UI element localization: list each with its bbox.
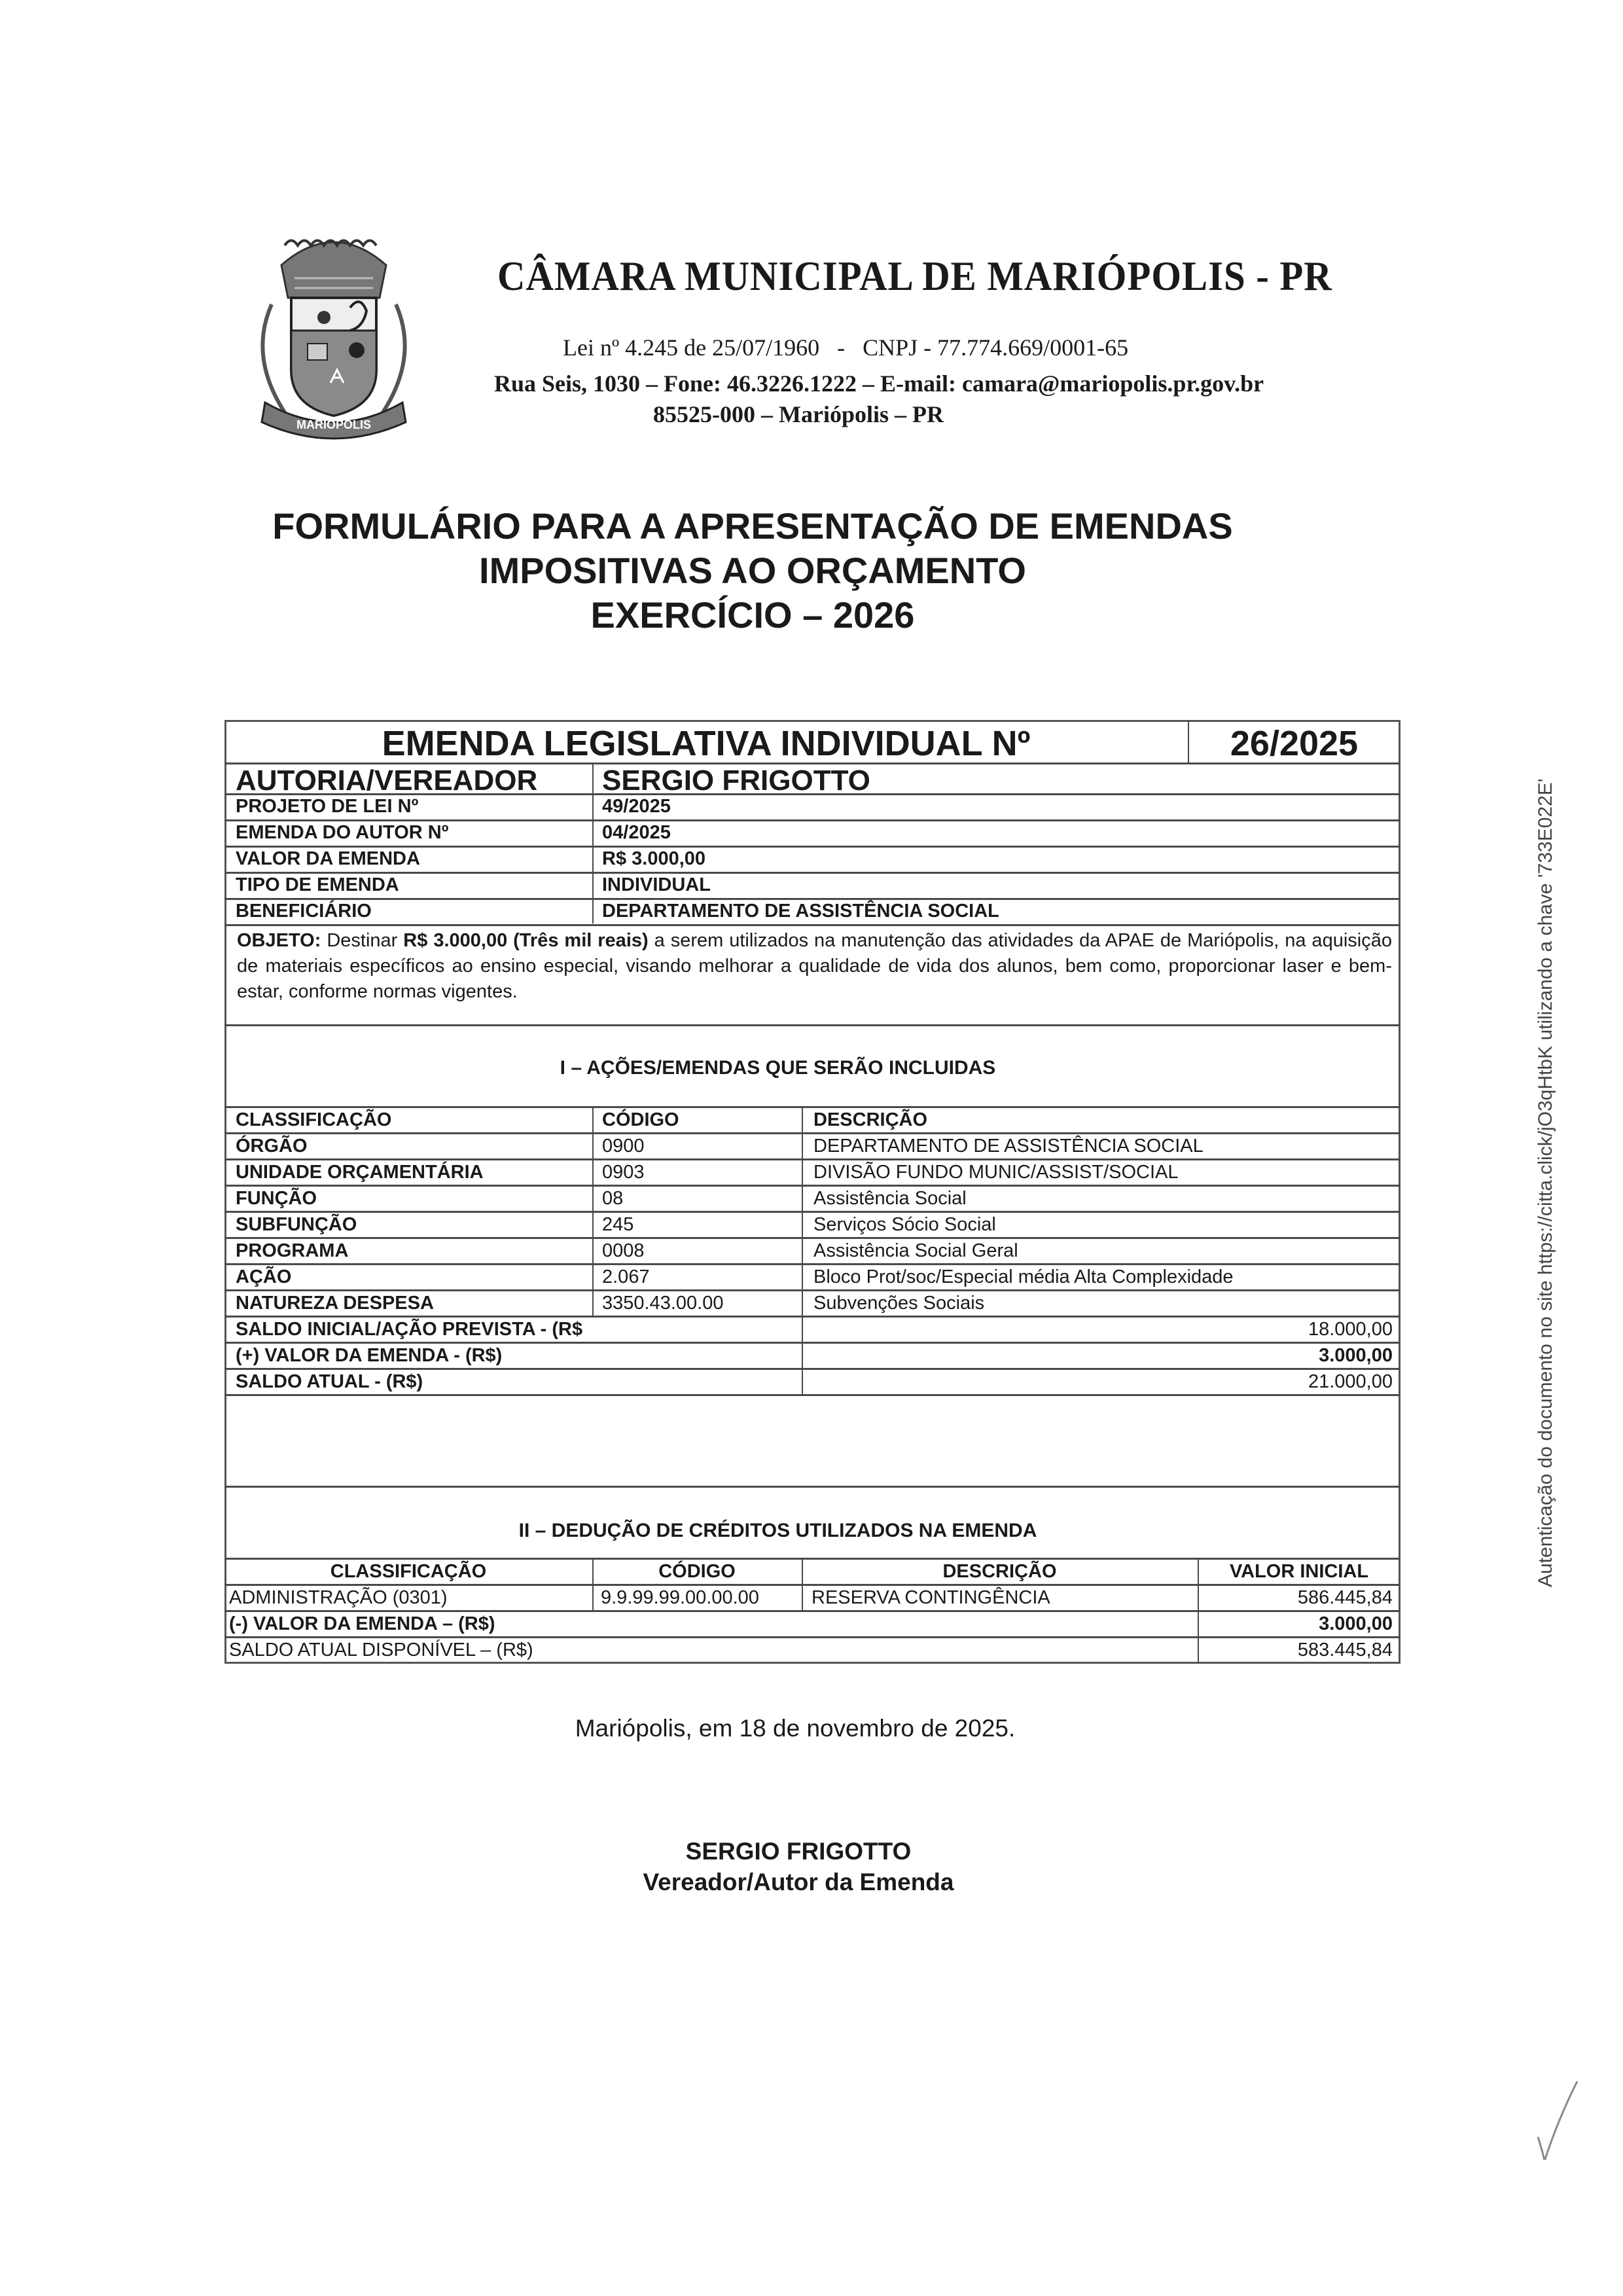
divider	[224, 819, 1400, 821]
table-cell-classificacao: UNIDADE ORÇAMENTÁRIA	[236, 1162, 484, 1183]
table-cell-classificacao: ÓRGÃO	[236, 1136, 308, 1157]
column-header: VALOR INICIAL	[1198, 1561, 1400, 1583]
total-value: 3.000,00	[1198, 1613, 1393, 1635]
table-cell-descricao: DEPARTAMENTO DE ASSISTÊNCIA SOCIAL	[813, 1136, 1204, 1157]
divider	[224, 924, 1400, 926]
total-label: (+) VALOR DA EMENDA - (R$)	[236, 1345, 502, 1367]
divider	[802, 1107, 803, 1395]
field-value: R$ 3.000,00	[602, 848, 705, 870]
divider	[224, 1132, 1400, 1134]
divider	[224, 1558, 1400, 1560]
form-title-line-1: FORMULÁRIO PARA A APRESENTAÇÃO DE EMENDA…	[0, 504, 1564, 548]
author-value: SERGIO FRIGOTTO	[602, 764, 870, 797]
total-value: 18.000,00	[811, 1319, 1393, 1340]
date-line: Mariópolis, em 18 de novembro de 2025.	[0, 1715, 1607, 1742]
field-label: BENEFICIÁRIO	[236, 901, 372, 922]
field-label: VALOR DA EMENDA	[236, 848, 420, 870]
divider	[224, 1316, 1400, 1318]
divider	[592, 1107, 594, 1316]
column-header: CÓDIGO	[592, 1561, 802, 1583]
table-cell-codigo: 0903	[602, 1162, 645, 1183]
divider	[224, 1158, 1400, 1160]
objeto-description: OBJETO: Destinar R$ 3.000,00 (Três mil r…	[237, 928, 1392, 1005]
cep-line: 85525-000 – Mariópolis – PR	[0, 401, 1610, 428]
table-cell-codigo: 9.9.99.99.00.00.00	[601, 1587, 759, 1609]
objeto-label: OBJETO:	[237, 930, 321, 951]
table-cell-descricao: DIVISÃO FUNDO MUNIC/ASSIST/SOCIAL	[813, 1162, 1179, 1183]
column-header: CÓDIGO	[602, 1109, 679, 1131]
divider	[224, 1237, 1400, 1239]
objeto-pre: Destinar	[327, 930, 397, 951]
field-value: 49/2025	[602, 796, 671, 817]
signer-name: SERGIO FRIGOTTO	[0, 1838, 1610, 1865]
divider	[802, 1558, 803, 1611]
objeto-amount: R$ 3.000,00 (Três mil reais)	[403, 930, 648, 951]
table-cell-classificacao: NATUREZA DESPESA	[236, 1293, 434, 1314]
divider	[224, 1368, 1400, 1370]
amendment-number: 26/2025	[1188, 723, 1400, 764]
table-cell-codigo: 2.067	[602, 1266, 650, 1288]
divider	[592, 1558, 594, 1611]
institution-name: CÂMARA MUNICIPAL DE MARIÓPOLIS - PR	[497, 252, 1332, 300]
divider	[224, 846, 1400, 848]
divider	[224, 1024, 1400, 1026]
total-label: SALDO INICIAL/AÇÃO PREVISTA - (R$	[236, 1319, 582, 1340]
divider	[1198, 1558, 1199, 1663]
table-cell-codigo: 245	[602, 1214, 633, 1236]
column-header: DESCRIÇÃO	[813, 1109, 927, 1131]
handwritten-check-icon	[1525, 2068, 1584, 2160]
field-label: TIPO DE EMENDA	[236, 874, 399, 896]
total-label: (-) VALOR DA EMENDA – (R$)	[229, 1613, 495, 1635]
section-1-title: I – AÇÕES/EMENDAS QUE SERÃO INCLUIDAS	[190, 1057, 1366, 1079]
table-cell-descricao: RESERVA CONTINGÊNCIA	[811, 1587, 1050, 1609]
table-cell-descricao: Serviços Sócio Social	[813, 1214, 996, 1236]
total-value: 3.000,00	[811, 1345, 1393, 1367]
divider	[224, 1106, 1400, 1108]
table-cell-descricao: Bloco Prot/soc/Especial média Alta Compl…	[813, 1266, 1234, 1288]
table-cell-classificacao: PROGRAMA	[236, 1240, 348, 1262]
table-cell-codigo: 0008	[602, 1240, 645, 1262]
authentication-note: Autenticação do documento no site https:…	[1535, 778, 1557, 1587]
table-cell-codigo: 08	[602, 1188, 623, 1210]
field-label: PROJETO DE LEI Nº	[236, 796, 418, 817]
divider	[224, 1394, 1400, 1396]
divider	[224, 1211, 1400, 1213]
total-label: SALDO ATUAL - (R$)	[236, 1371, 423, 1393]
column-header: CLASSIFICAÇÃO	[224, 1561, 592, 1583]
field-value: DEPARTAMENTO DE ASSISTÊNCIA SOCIAL	[602, 901, 999, 922]
amendment-title-label: EMENDA LEGISLATIVA INDIVIDUAL Nº	[224, 723, 1188, 764]
table-cell-descricao: Subvenções Sociais	[813, 1293, 984, 1314]
table-cell-descricao: Assistência Social Geral	[813, 1240, 1018, 1262]
table-cell-codigo: 3350.43.00.00	[602, 1293, 723, 1314]
divider	[224, 872, 1400, 874]
column-header: CLASSIFICAÇÃO	[236, 1109, 391, 1131]
table-cell-classificacao: AÇÃO	[236, 1266, 291, 1288]
field-value: 04/2025	[602, 822, 671, 844]
total-label: SALDO ATUAL DISPONÍVEL – (R$)	[229, 1640, 533, 1661]
divider	[224, 1636, 1400, 1638]
table-cell-valor: 586.445,84	[1198, 1587, 1393, 1609]
divider	[224, 1486, 1400, 1488]
total-value: 583.445,84	[1198, 1640, 1393, 1661]
address-line: Rua Seis, 1030 – Fone: 46.3226.1222 – E-…	[494, 370, 1264, 397]
divider	[224, 898, 1400, 900]
field-label: EMENDA DO AUTOR Nº	[236, 822, 448, 844]
form-title-line-2: IMPOSITIVAS AO ORÇAMENTO	[0, 548, 1564, 593]
field-value: INDIVIDUAL	[602, 874, 711, 896]
signer-role: Vereador/Autor da Emenda	[0, 1869, 1610, 1896]
total-value: 21.000,00	[811, 1371, 1393, 1393]
form-title-line-3: EXERCÍCIO – 2026	[0, 593, 1564, 637]
divider	[224, 1289, 1400, 1291]
table-cell-classificacao: FUNÇÃO	[236, 1188, 317, 1210]
author-label: AUTORIA/VEREADOR	[236, 764, 537, 797]
divider	[224, 1342, 1400, 1344]
table-cell-classificacao: SUBFUNÇÃO	[236, 1214, 357, 1236]
divider	[224, 1185, 1400, 1187]
divider	[224, 1610, 1400, 1612]
divider	[224, 1584, 1400, 1586]
divider	[224, 1263, 1400, 1265]
law-cnpj-line: Lei nº 4.245 de 25/07/1960 - CNPJ - 77.7…	[563, 334, 1128, 361]
divider	[224, 793, 1400, 795]
column-header: DESCRIÇÃO	[802, 1561, 1198, 1583]
section-2-title: II – DEDUÇÃO DE CRÉDITOS UTILIZADOS NA E…	[190, 1520, 1366, 1542]
table-cell-codigo: 0900	[602, 1136, 645, 1157]
table-cell-descricao: Assistência Social	[813, 1188, 967, 1210]
table-cell-classificacao: ADMINISTRAÇÃO (0301)	[229, 1587, 448, 1609]
